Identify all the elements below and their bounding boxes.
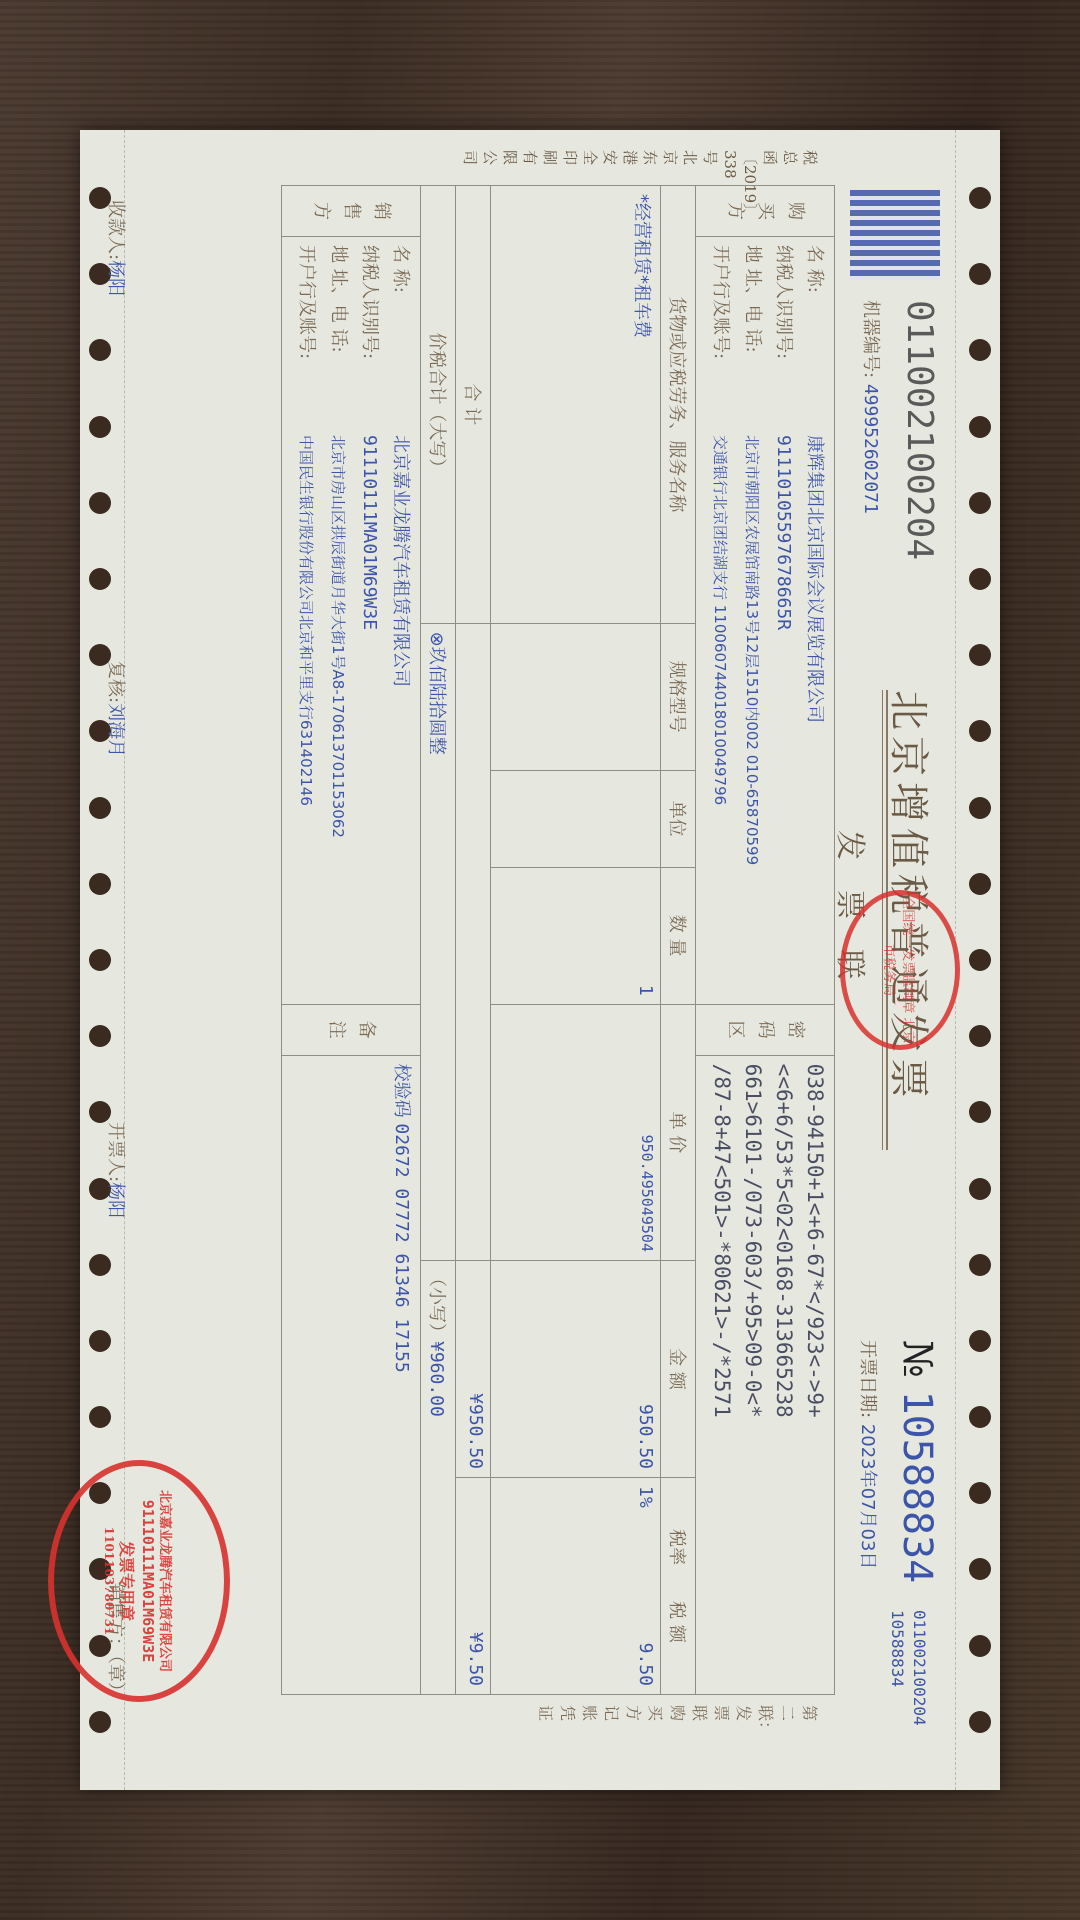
buyer-address: 北京市朝阳区农展馆南路13号12层1510内002 010-65870599: [743, 435, 761, 865]
invoice-footer: 收款人:杨阳 复核:刘海月 开票人:杨阳 销售方：（章）: [104, 200, 130, 1700]
item-tax: 9.50: [635, 1643, 656, 1686]
printer-note: 税总函〔2019〕338号 北京东港安全印刷有限公司: [460, 150, 820, 176]
totals-row: 合 计 ¥950.50 ¥9.50: [456, 186, 491, 1695]
seller-seal-label: 销售方：（章）: [104, 1583, 130, 1700]
tax-bureau-stamp: 全国统一发票监制章 北京市税务局: [840, 890, 960, 1050]
total-amount: ¥950.50: [456, 1261, 491, 1478]
buyer-section: 购买方 名 称:康辉集团北京国际会议展览有限公司 纳税人识别号:91110105…: [696, 186, 835, 1695]
remarks-side-label: 备注: [282, 1004, 421, 1055]
invoice-paper: 税总函〔2019〕338号 北京东港安全印刷有限公司 011002100204 …: [80, 130, 1000, 1790]
invoice-code: 011002100204: [899, 300, 940, 560]
reviewer: 复核:刘海月: [104, 661, 130, 757]
issue-date: 开票日期: 2023年07月03日: [856, 1340, 882, 1569]
item-unit: [491, 770, 661, 867]
buyer-bank: 交通银行北京团结湖支行 110060744018010049796: [711, 435, 729, 805]
cipher-side-label: 密码区: [696, 1004, 835, 1055]
item-price: 950.495049504: [491, 1004, 661, 1260]
item-spec: [491, 623, 661, 770]
seller-name: 北京嘉业龙腾汽车租赁有限公司: [390, 435, 411, 687]
invoice-table: 购买方 名 称:康辉集团北京国际会议展览有限公司 纳税人识别号:91110105…: [281, 185, 835, 1695]
item-name: *经营租赁*租车费: [491, 186, 661, 624]
seller-bank: 中国民生银行股份有限公司北京和平里支行631402146: [297, 435, 315, 806]
item-rate: 1%: [635, 1486, 656, 1508]
seller-section: 销售方 名 称:北京嘉业龙腾汽车租赁有限公司 纳税人识别号:91110111MA…: [282, 186, 421, 1695]
item-qty: 1: [491, 867, 661, 1004]
issuer: 开票人:杨阳: [104, 1122, 130, 1218]
seller-side-label: 销售方: [282, 186, 421, 237]
items-header: 货物或应税劳务、服务名称 规格型号 单位 数 量 单 价 金 额 税率 税 额: [661, 186, 696, 1695]
buyer-tax-id: 91110105597678665R: [773, 435, 794, 630]
payee: 收款人:杨阳: [104, 200, 130, 296]
seller-tax-id: 91110111MA01M69W3E: [359, 435, 380, 630]
seller-address: 北京市房山区拱辰街道月华大街1号A8-1706137011530​62: [329, 435, 347, 838]
check-code: 02672 07772 61346 17155: [391, 1123, 412, 1372]
seller-info: 名 称:北京嘉业龙腾汽车租赁有限公司 纳税人识别号:91110111MA01M6…: [282, 237, 421, 1005]
grand-total-label: 价税合计（大写）: [421, 186, 456, 624]
invoice-number: № 10588834: [894, 1340, 940, 1583]
qr-code: [850, 190, 940, 280]
total-label: 合 计: [456, 186, 491, 624]
seller-stamp: 北京嘉业龙腾汽车租赁有限公司 91110111MA01M69W3E 发票专用章 …: [48, 1460, 230, 1702]
tractor-holes-top: [960, 130, 1000, 1790]
buyer-side-label: 购买方: [696, 186, 835, 237]
machine-number: 机器编号: 499952602071: [859, 300, 885, 514]
cipher-area: 038-94150+1<+6-67*</923<->9+ <<6+6/53*5<…: [696, 1055, 835, 1694]
buyer-info: 名 称:康辉集团北京国际会议展览有限公司 纳税人识别号:911101055976…: [696, 237, 835, 1005]
remarks-area: 校验码 02672 07772 61346 17155: [282, 1055, 421, 1694]
code-repeat: 011002100204 10588834: [886, 1610, 930, 1726]
buyer-name: 康辉集团北京国际会议展览有限公司: [804, 435, 825, 723]
grand-total-small: ¥960.00: [426, 1341, 447, 1417]
item-amount: 950.50: [491, 1261, 661, 1478]
total-tax: ¥9.50: [456, 1478, 491, 1695]
copy-label: 第二联：发票联 购买方记账凭证: [534, 1705, 820, 1731]
grand-total-row: 价税合计（大写） ⊗玖佰陆拾圆整 （小写）¥960.00: [421, 186, 456, 1695]
grand-total-uppercase: ⊗玖佰陆拾圆整: [421, 623, 456, 1260]
table-row: *经营租赁*租车费 1 950.495049504 950.50 1%9.50: [491, 186, 661, 1695]
